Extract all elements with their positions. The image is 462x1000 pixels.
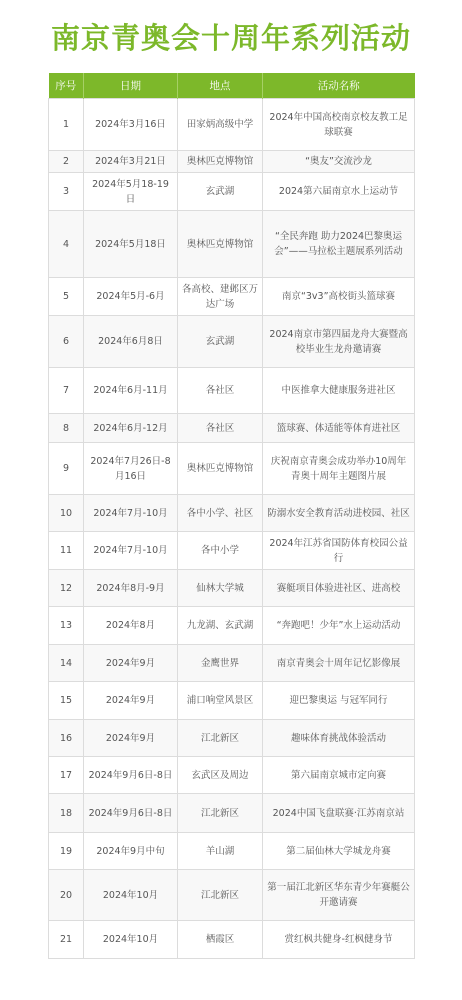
cell-activity-name: 迎巴黎奥运 与冠军同行: [263, 682, 415, 720]
cell-place: 玄武湖: [178, 173, 263, 211]
cell-place: 羊山湖: [178, 833, 263, 870]
cell-no: 8: [49, 414, 84, 443]
table-row: 32024年5月18-19日玄武湖2024第六届南京水上运动节: [49, 173, 415, 211]
cell-date: 2024年9月: [84, 720, 178, 757]
cell-place: 九龙湖、玄武湖: [178, 607, 263, 645]
cell-no: 5: [49, 278, 84, 316]
cell-no: 17: [49, 757, 84, 794]
cell-place: 栖霞区: [178, 921, 263, 959]
cell-date: 2024年9月: [84, 682, 178, 720]
cell-activity-name: 第六届南京城市定向赛: [263, 757, 415, 794]
cell-place: 玄武区及周边: [178, 757, 263, 794]
cell-activity-name: 赏红枫共健身-红枫健身节: [263, 921, 415, 959]
cell-place: 金鹰世界: [178, 645, 263, 682]
cell-activity-name: “全民奔跑 助力2024巴黎奥运会”——马拉松主题展系列活动: [263, 211, 415, 278]
cell-date: 2024年7月-10月: [84, 495, 178, 532]
cell-no: 9: [49, 443, 84, 495]
cell-date: 2024年9月: [84, 645, 178, 682]
cell-no: 21: [49, 921, 84, 959]
header-activity-name: 活动名称: [263, 73, 415, 99]
cell-activity-name: 南京青奥会十周年记忆影像展: [263, 645, 415, 682]
cell-activity-name: 2024年中国高校南京校友教工足球联赛: [263, 99, 415, 151]
cell-no: 12: [49, 570, 84, 607]
table-row: 82024年6月-12月各社区篮球赛、体适能等体育进社区: [49, 414, 415, 443]
cell-activity-name: 第二届仙林大学城龙舟赛: [263, 833, 415, 870]
cell-no: 1: [49, 99, 84, 151]
cell-date: 2024年6月-12月: [84, 414, 178, 443]
table-row: 162024年9月江北新区趣味体育挑战体验活动: [49, 720, 415, 757]
cell-activity-name: 2024南京市第四届龙舟大赛暨高校毕业生龙舟邀请赛: [263, 316, 415, 368]
table-row: 42024年5月18日奥林匹克博物馆“全民奔跑 助力2024巴黎奥运会”——马拉…: [49, 211, 415, 278]
cell-activity-name: “奥友”交流沙龙: [263, 151, 415, 173]
cell-date: 2024年6月8日: [84, 316, 178, 368]
table-row: 172024年9月6日-8日玄武区及周边第六届南京城市定向赛: [49, 757, 415, 794]
cell-date: 2024年10月: [84, 921, 178, 959]
cell-date: 2024年5月18-19日: [84, 173, 178, 211]
table-row: 92024年7月26日-8月16日奥林匹克博物馆庆祝南京青奥会成功举办10周年青…: [49, 443, 415, 495]
cell-date: 2024年7月26日-8月16日: [84, 443, 178, 495]
table-row: 142024年9月金鹰世界南京青奥会十周年记忆影像展: [49, 645, 415, 682]
cell-place: 浦口响堂风景区: [178, 682, 263, 720]
cell-place: 各中小学: [178, 532, 263, 570]
cell-activity-name: 庆祝南京青奥会成功举办10周年青奥十周年主题图片展: [263, 443, 415, 495]
cell-date: 2024年9月6日-8日: [84, 757, 178, 794]
cell-place: 奥林匹克博物馆: [178, 151, 263, 173]
table-row: 112024年7月-10月各中小学2024年江苏省国防体育校园公益行: [49, 532, 415, 570]
cell-date: 2024年10月: [84, 870, 178, 921]
cell-date: 2024年9月中旬: [84, 833, 178, 870]
cell-activity-name: 中医推拿大健康服务进社区: [263, 368, 415, 414]
table-row: 192024年9月中旬羊山湖第二届仙林大学城龙舟赛: [49, 833, 415, 870]
cell-place: 各社区: [178, 414, 263, 443]
cell-date: 2024年9月6日-8日: [84, 794, 178, 833]
cell-place: 各高校、建邺区万达广场: [178, 278, 263, 316]
cell-activity-name: 防溺水安全教育活动进校园、社区: [263, 495, 415, 532]
table-row: 62024年6月8日玄武湖2024南京市第四届龙舟大赛暨高校毕业生龙舟邀请赛: [49, 316, 415, 368]
cell-date: 2024年8月-9月: [84, 570, 178, 607]
cell-no: 2: [49, 151, 84, 173]
cell-activity-name: 2024年江苏省国防体育校园公益行: [263, 532, 415, 570]
table-row: 12024年3月16日田家炳高级中学2024年中国高校南京校友教工足球联赛: [49, 99, 415, 151]
cell-date: 2024年7月-10月: [84, 532, 178, 570]
header-date: 日期: [84, 73, 178, 99]
cell-no: 15: [49, 682, 84, 720]
cell-date: 2024年6月-11月: [84, 368, 178, 414]
cell-place: 奥林匹克博物馆: [178, 211, 263, 278]
cell-no: 3: [49, 173, 84, 211]
table-row: 202024年10月江北新区第一届江北新区华东青少年赛艇公开邀请赛: [49, 870, 415, 921]
table-row: 182024年9月6日-8日江北新区2024中国飞盘联赛·江苏南京站: [49, 794, 415, 833]
activities-table: 序号 日期 地点 活动名称 12024年3月16日田家炳高级中学2024年中国高…: [48, 73, 415, 959]
header-no: 序号: [49, 73, 84, 99]
cell-date: 2024年3月16日: [84, 99, 178, 151]
cell-no: 19: [49, 833, 84, 870]
page-title: 南京青奥会十周年系列活动: [0, 18, 462, 58]
cell-date: 2024年5月-6月: [84, 278, 178, 316]
cell-no: 10: [49, 495, 84, 532]
cell-place: 各中小学、社区: [178, 495, 263, 532]
cell-place: 仙林大学城: [178, 570, 263, 607]
table-row: 212024年10月栖霞区赏红枫共健身-红枫健身节: [49, 921, 415, 959]
cell-place: 各社区: [178, 368, 263, 414]
cell-activity-name: 南京“3v3”高校街头篮球赛: [263, 278, 415, 316]
table-row: 22024年3月21日奥林匹克博物馆“奥友”交流沙龙: [49, 151, 415, 173]
cell-no: 4: [49, 211, 84, 278]
cell-place: 江北新区: [178, 794, 263, 833]
cell-activity-name: 赛艇项目体验进社区、进高校: [263, 570, 415, 607]
cell-no: 7: [49, 368, 84, 414]
cell-place: 江北新区: [178, 720, 263, 757]
table-row: 52024年5月-6月各高校、建邺区万达广场南京“3v3”高校街头篮球赛: [49, 278, 415, 316]
cell-no: 18: [49, 794, 84, 833]
cell-date: 2024年5月18日: [84, 211, 178, 278]
table-row: 102024年7月-10月各中小学、社区防溺水安全教育活动进校园、社区: [49, 495, 415, 532]
cell-place: 江北新区: [178, 870, 263, 921]
cell-date: 2024年3月21日: [84, 151, 178, 173]
table-body: 12024年3月16日田家炳高级中学2024年中国高校南京校友教工足球联赛220…: [49, 99, 415, 959]
cell-activity-name: 2024中国飞盘联赛·江苏南京站: [263, 794, 415, 833]
table-row: 122024年8月-9月仙林大学城赛艇项目体验进社区、进高校: [49, 570, 415, 607]
cell-activity-name: 篮球赛、体适能等体育进社区: [263, 414, 415, 443]
cell-activity-name: 趣味体育挑战体验活动: [263, 720, 415, 757]
cell-no: 16: [49, 720, 84, 757]
table-header-row: 序号 日期 地点 活动名称: [49, 73, 415, 99]
cell-place: 玄武湖: [178, 316, 263, 368]
table-row: 132024年8月九龙湖、玄武湖“奔跑吧！少年”水上运动活动: [49, 607, 415, 645]
cell-place: 田家炳高级中学: [178, 99, 263, 151]
cell-activity-name: 第一届江北新区华东青少年赛艇公开邀请赛: [263, 870, 415, 921]
header-place: 地点: [178, 73, 263, 99]
cell-no: 13: [49, 607, 84, 645]
cell-no: 6: [49, 316, 84, 368]
cell-no: 20: [49, 870, 84, 921]
table-row: 152024年9月浦口响堂风景区迎巴黎奥运 与冠军同行: [49, 682, 415, 720]
cell-activity-name: 2024第六届南京水上运动节: [263, 173, 415, 211]
cell-date: 2024年8月: [84, 607, 178, 645]
cell-activity-name: “奔跑吧！少年”水上运动活动: [263, 607, 415, 645]
table-row: 72024年6月-11月各社区中医推拿大健康服务进社区: [49, 368, 415, 414]
cell-no: 14: [49, 645, 84, 682]
cell-no: 11: [49, 532, 84, 570]
cell-place: 奥林匹克博物馆: [178, 443, 263, 495]
